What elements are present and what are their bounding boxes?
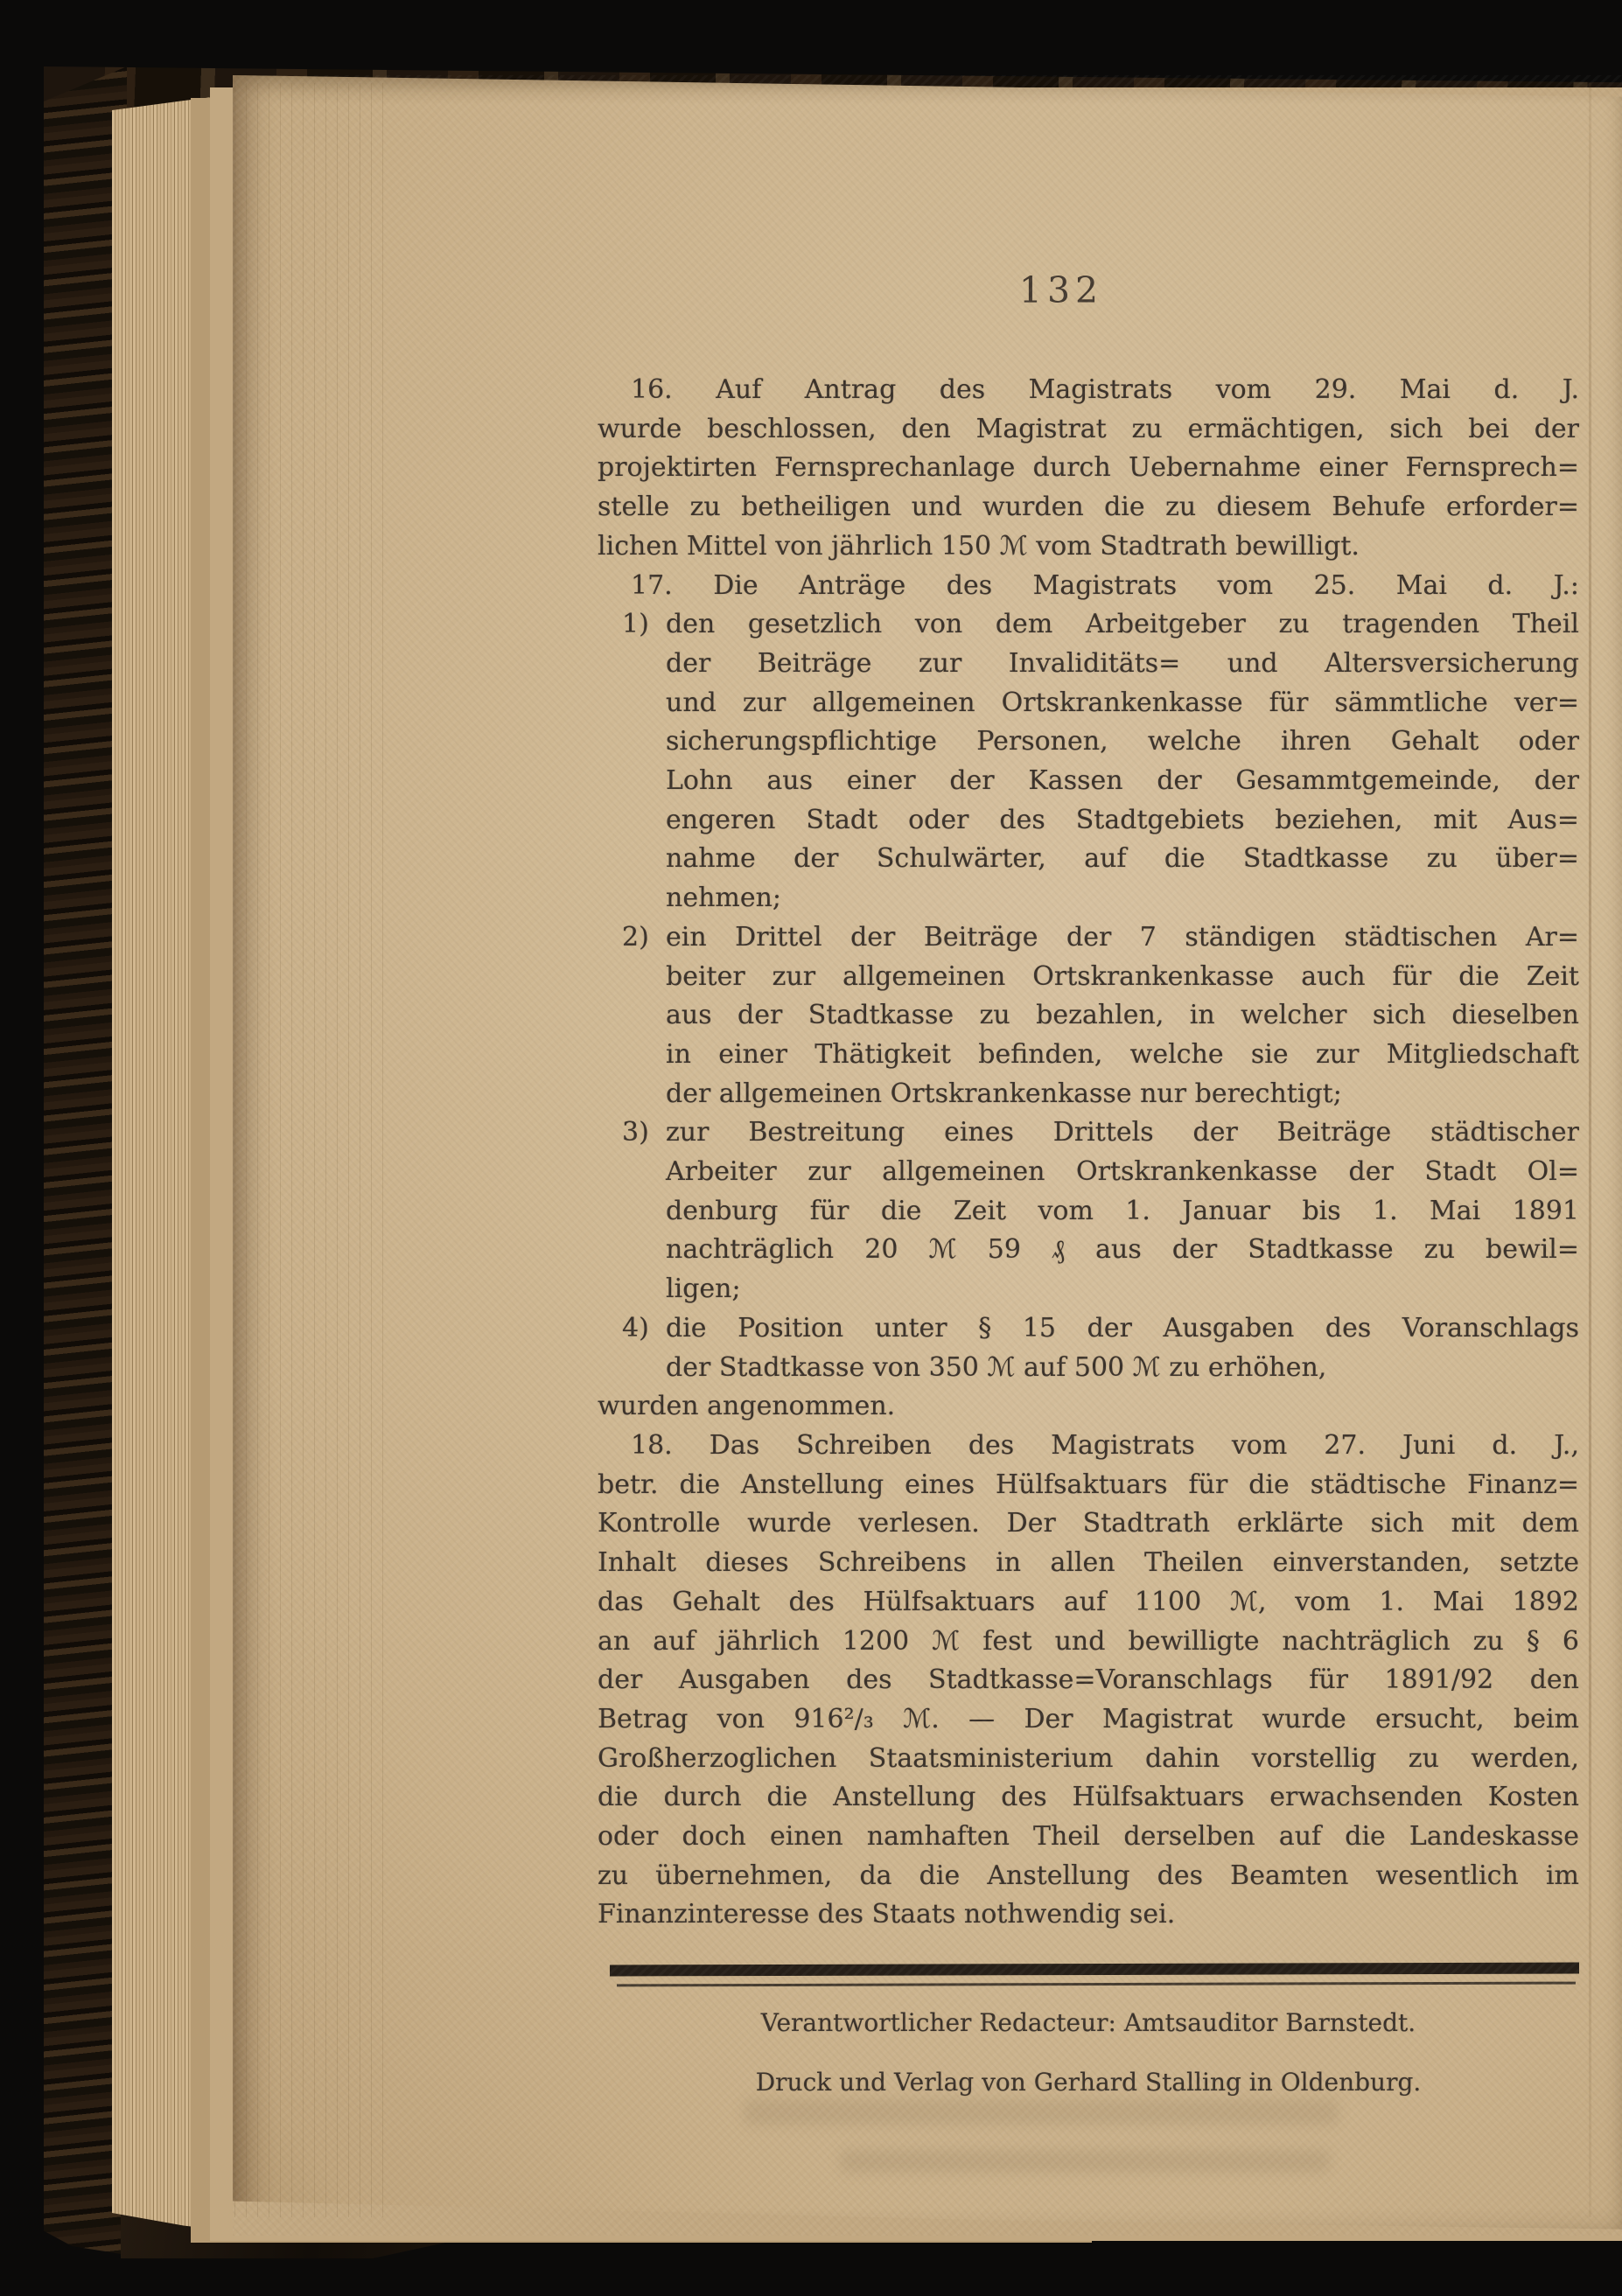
text-line: nehmen; bbox=[666, 879, 1579, 918]
list-number: 1) bbox=[622, 605, 662, 645]
text-line: der Ausgaben des Stadtkasse=Voranschlags… bbox=[598, 1661, 1579, 1700]
text-line: Großherzoglichen Staatsministerium dahin… bbox=[598, 1740, 1579, 1779]
text-line: der Beiträge zur Invaliditäts= und Alter… bbox=[666, 645, 1579, 684]
show-through-ghost bbox=[840, 2150, 1330, 2173]
imprint-editor-line: Verantwortlicher Redacteur: Amtsauditor … bbox=[598, 2008, 1579, 2037]
page-number: 132 bbox=[598, 269, 1525, 311]
text-line: beiter zur allgemeinen Ortskrankenkasse … bbox=[666, 958, 1579, 997]
list-number: 4) bbox=[622, 1309, 662, 1349]
show-through-ghost bbox=[744, 2099, 1339, 2125]
list-number: 3) bbox=[622, 1113, 662, 1153]
text-line: ein Drittel der Beiträge der 7 ständigen… bbox=[666, 918, 1579, 958]
text-line: sicherungspflichtige Personen, welche ih… bbox=[666, 722, 1579, 762]
text-line: stelle zu betheiligen und wurden die zu … bbox=[598, 488, 1579, 527]
text-line: nahme der Schulwärter, auf die Stadtkass… bbox=[666, 840, 1579, 879]
list-closing: wurden angenommen. bbox=[598, 1387, 1579, 1427]
page-right-crease bbox=[1589, 83, 1591, 2217]
text-line: ligen; bbox=[666, 1270, 1579, 1309]
text-line: und zur allgemeinen Ortskrankenkasse für… bbox=[666, 684, 1579, 723]
list-item-2: 2) ein Drittel der Beiträge der 7 ständi… bbox=[598, 918, 1579, 1114]
paragraph-18: 18. Das Schreiben des Magistrats vom 27.… bbox=[598, 1427, 1579, 1935]
text-line: 18. Das Schreiben des Magistrats vom 27.… bbox=[598, 1427, 1579, 1466]
scanned-book-page: 132 16. Auf Antrag des Magistrats vom 29… bbox=[0, 0, 1622, 2296]
text-line: wurde beschlossen, den Magistrat zu ermä… bbox=[598, 410, 1579, 450]
imprint-printer-line: Druck und Verlag von Gerhard Stalling in… bbox=[598, 2068, 1579, 2097]
text-line: engeren Stadt oder des Stadtgebiets bezi… bbox=[666, 801, 1579, 841]
text-line: das Gehalt des Hülfsaktuars auf 1100 ℳ, … bbox=[598, 1583, 1579, 1623]
text-line: Arbeiter zur allgemeinen Ortskrankenkass… bbox=[666, 1153, 1579, 1192]
text-line: der allgemeinen Ortskrankenkasse nur ber… bbox=[666, 1075, 1579, 1114]
text-line: Lohn aus einer der Kassen der Gesammtgem… bbox=[666, 762, 1579, 801]
text-line: die Position unter § 15 der Ausgaben des… bbox=[666, 1309, 1579, 1349]
text-line: Finanzinteresse des Staats nothwendig se… bbox=[598, 1895, 1579, 1935]
text-line: projektirten Fernsprechanlage durch Uebe… bbox=[598, 449, 1579, 488]
list-item-1: 1) den gesetzlich von dem Arbeitgeber zu… bbox=[598, 605, 1579, 918]
text-line: den gesetzlich von dem Arbeitgeber zu tr… bbox=[666, 605, 1579, 645]
list-number: 2) bbox=[622, 918, 662, 958]
text-line: oder doch einen namhaften Theil derselbe… bbox=[598, 1818, 1579, 1857]
text-line: zur Bestreitung eines Drittels der Beitr… bbox=[666, 1113, 1579, 1153]
paragraph-16: 16. Auf Antrag des Magistrats vom 29. Ma… bbox=[598, 371, 1579, 567]
text-line: zu übernehmen, da die Anstellung des Bea… bbox=[598, 1857, 1579, 1896]
text-line: an auf jährlich 1200 ℳ fest und bewillig… bbox=[598, 1623, 1579, 1662]
text-line: aus der Stadtkasse zu bezahlen, in welch… bbox=[666, 996, 1579, 1036]
list-item-4: 4) die Position unter § 15 der Ausgaben … bbox=[598, 1309, 1579, 1387]
list-item-3: 3) zur Bestreitung eines Drittels der Be… bbox=[598, 1113, 1579, 1309]
text-line: Kontrolle wurde verlesen. Der Stadtrath … bbox=[598, 1504, 1579, 1544]
text-line: nachträglich 20 ℳ 59 ₰ aus der Stadtkass… bbox=[666, 1231, 1579, 1270]
text-line: betr. die Anstellung eines Hülfsaktuars … bbox=[598, 1466, 1579, 1505]
page-left-creases bbox=[234, 83, 392, 2217]
text-block: 16. Auf Antrag des Magistrats vom 29. Ma… bbox=[598, 371, 1579, 1935]
text-line: Inhalt dieses Schreibens in allen Theile… bbox=[598, 1544, 1579, 1583]
text-line: die durch die Anstellung des Hülfsaktuar… bbox=[598, 1778, 1579, 1818]
text-line: lichen Mittel von jährlich 150 ℳ vom Sta… bbox=[598, 527, 1579, 567]
text-line: in einer Thätigkeit befinden, welche sie… bbox=[666, 1036, 1579, 1075]
text-line: denburg für die Zeit vom 1. Januar bis 1… bbox=[666, 1192, 1579, 1232]
text-line: der Stadtkasse von 350 ℳ auf 500 ℳ zu er… bbox=[666, 1349, 1579, 1388]
text-line: 16. Auf Antrag des Magistrats vom 29. Ma… bbox=[598, 371, 1579, 410]
text-line: Betrag von 916²/₃ ℳ. — Der Magistrat wur… bbox=[598, 1700, 1579, 1740]
paragraph-17-intro: 17. Die Anträge des Magistrats vom 25. M… bbox=[598, 567, 1579, 606]
